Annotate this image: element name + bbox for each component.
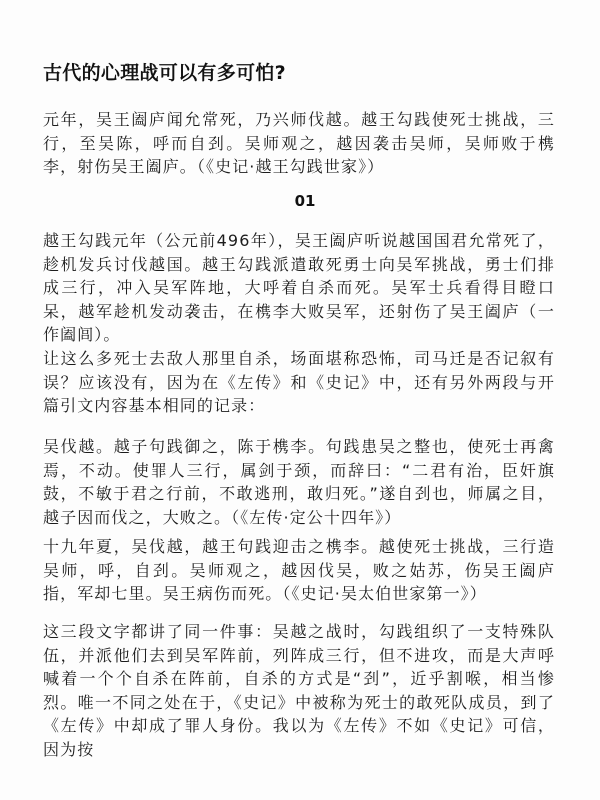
section-number: 01 (43, 191, 567, 211)
body-paragraph-1: 越王勾践元年（公元前496年），吴王阖庐听说越国国君允常死了，趁机发兵讨伐越国。… (43, 229, 555, 347)
body-paragraph-3: 吴伐越。越子句践御之，陈于槜李。句践患吴之整也，使死士再禽焉，不动。使罪人三行，… (43, 435, 555, 529)
intro-quote-paragraph: 元年，吴王阖庐闻允常死，乃兴师伐越。越王勾践使死士挑战，三行，至吴陈，呼而自刭。… (43, 108, 555, 179)
body-paragraph-5: 这三段文字都讲了同一件事：吴越之战时，勾践组织了一支特殊队伍，并派他们去到吴军阵… (43, 620, 555, 761)
article-title: 古代的心理战可以有多可怕? (43, 60, 286, 86)
body-paragraph-2: 让这么多死士去敌人那里自杀，场面堪称恐怖，司马迁是否记叙有误？应该没有，因为在《… (43, 347, 555, 418)
body-paragraph-4: 十九年夏，吴伐越，越王句践迎击之槜李。越使死士挑战，三行造吴师，呼，自刭。吴师观… (43, 535, 555, 606)
